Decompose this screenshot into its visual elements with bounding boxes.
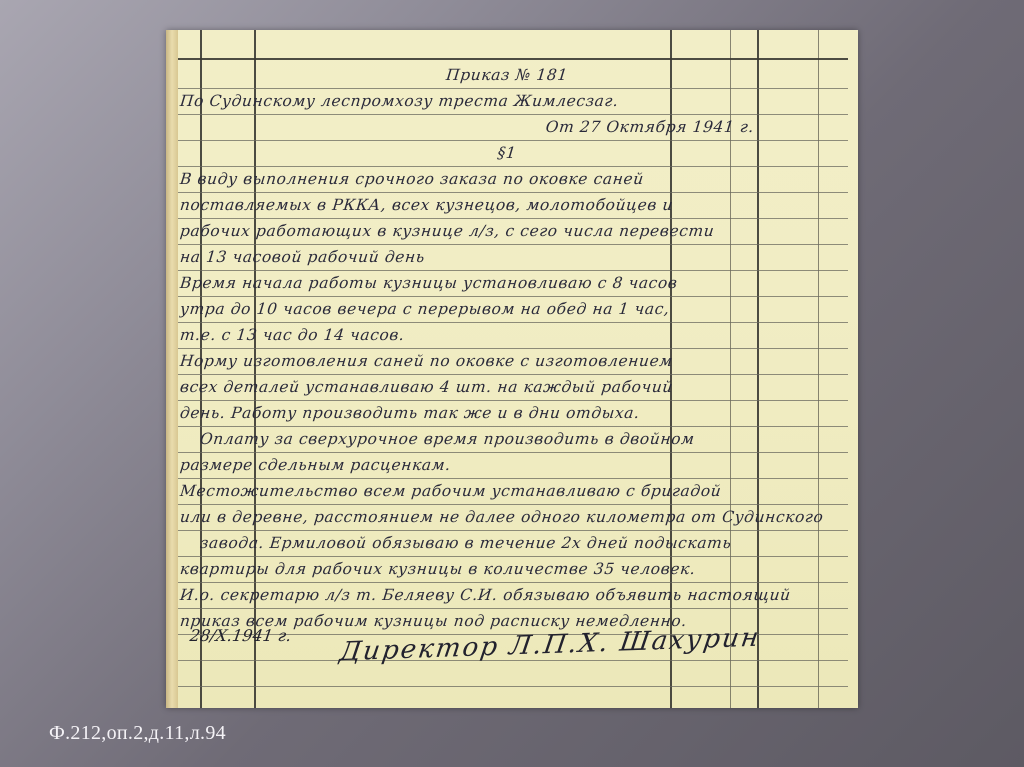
order-title: Приказ № 181 — [179, 62, 836, 88]
text-line: Норму изготовления саней по оковке с изг… — [179, 348, 836, 374]
slide: Приказ № 181 По Судинскому леспромхозу т… — [0, 0, 1024, 767]
header-rule — [178, 58, 848, 60]
text-line: или в деревне, расстоянием не далее одно… — [179, 504, 836, 530]
text-line: всех деталей устанавливаю 4 шт. на кажды… — [179, 374, 836, 400]
order-date: От 27 Октября 1941 г. — [179, 114, 836, 140]
text-line: т.е. с 13 час до 14 часов. — [179, 322, 836, 348]
text-line: И.о. секретарю л/з т. Беляеву С.И. обязы… — [179, 582, 836, 608]
order-addressee: По Судинскому леспромхозу треста Жимлесз… — [179, 88, 836, 114]
text-line: день. Работу производить так же и в дни … — [179, 400, 836, 426]
text-line: размере сдельным расценкам. — [179, 452, 836, 478]
text-line: рабочих работающих в кузнице л/з, с сего… — [179, 218, 836, 244]
text-line: утра до 10 часов вечера с перерывом на о… — [179, 296, 836, 322]
text-line: Местожительство всем рабочим устанавлива… — [179, 478, 836, 504]
archive-reference-caption: Ф.212,оп.2,д.11,л.94 — [49, 722, 226, 745]
text-line: Время начала работы кузницы установливаю… — [179, 270, 836, 296]
ruled-line — [178, 686, 848, 687]
signed-date: 28/X.1941 г. — [189, 626, 293, 645]
text-line: поставляемых в РККА, всех кузнецов, моло… — [179, 192, 836, 218]
text-line: В виду выполнения срочного заказа по око… — [179, 166, 836, 192]
archival-document-scan: Приказ № 181 По Судинскому леспромхозу т… — [166, 30, 858, 708]
text-line: Оплату за сверхурочное время производить… — [179, 426, 836, 452]
text-line: завода. Ермиловой обязываю в течение 2х … — [179, 530, 836, 556]
section-marker: §1 — [179, 140, 836, 166]
text-line: квартиры для рабочих кузницы в количеств… — [179, 556, 836, 582]
text-line: на 13 часовой рабочий день — [179, 244, 836, 270]
ledger-spine — [166, 30, 178, 708]
